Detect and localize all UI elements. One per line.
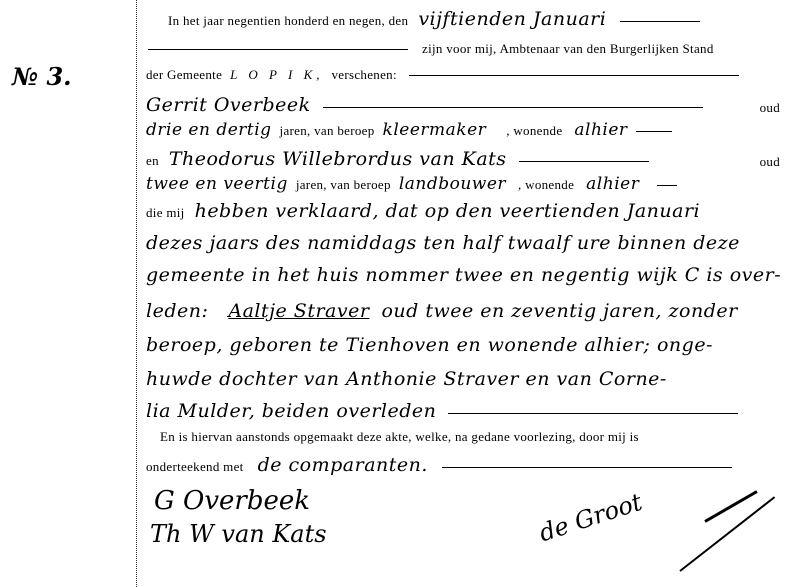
handwritten-text: dezes jaars des namiddags ten half twaal… <box>146 232 740 254</box>
printed-text: En is hiervan aanstonds opgemaakt deze a… <box>160 429 639 444</box>
line-date: In het jaar negentien honderd en negen, … <box>146 8 780 32</box>
handwritten-text: de comparanten. <box>258 454 428 476</box>
printed-text: der Gemeente <box>146 67 222 82</box>
line-witness-2: en Theodorus Willebrordus van Kats oud <box>146 148 780 172</box>
line-witness-2-details: twee en veertig jaren, van beroep landbo… <box>146 174 780 198</box>
handwritten-text: gemeente in het huis nommer twee en nege… <box>146 264 781 286</box>
handwritten-age: drie en dertig <box>146 120 272 140</box>
line-time: dezes jaars des namiddags ten half twaal… <box>146 232 780 256</box>
municipality-name: L O P I K, <box>230 67 323 82</box>
handwritten-witness-2-name: Theodorus Willebrordus van Kats <box>169 148 507 170</box>
fill-rule <box>519 161 649 162</box>
handwritten-text: oud twee en zeventig jaren, zonder <box>381 300 737 322</box>
handwritten-date: vijftienden Januari <box>418 8 606 30</box>
akte-number: № 3. <box>12 62 72 91</box>
fill-rule <box>657 185 677 186</box>
handwritten-residence: alhier <box>574 120 627 140</box>
fill-rule <box>442 467 732 468</box>
printed-text: , wonende <box>518 177 574 192</box>
line-witness-1: Gerrit Overbeek oud <box>146 94 780 118</box>
line-place: gemeente in het huis nommer twee en nege… <box>146 264 780 288</box>
printed-text: In het jaar negentien honderd en negen, … <box>168 13 408 28</box>
signature-flourish <box>704 490 757 523</box>
handwritten-residence: alhier <box>586 174 639 194</box>
handwritten-text: beroep, geboren te Tienhoven en wonende … <box>146 334 713 356</box>
handwritten-deceased-name: Aaltje Straver <box>228 300 369 322</box>
fill-rule <box>636 131 672 132</box>
printed-text: , wonende <box>506 123 562 138</box>
handwritten-text: huwde dochter van Anthonie Straver en va… <box>146 368 667 390</box>
signature-witness-1: G Overbeek <box>154 486 310 516</box>
printed-text: zijn voor mij, Ambtenaar van den Burgerl… <box>422 41 714 56</box>
printed-text: verschenen: <box>332 67 397 82</box>
handwritten-occupation: landbouwer <box>399 174 506 194</box>
margin-dotted-border <box>136 0 137 587</box>
printed-text: onderteekend met <box>146 459 244 474</box>
signature-official: de Groot <box>536 488 646 548</box>
handwritten-age: twee en veertig <box>146 174 288 194</box>
signature-witness-2: Th W van Kats <box>150 520 327 548</box>
line-deceased: leden: Aaltje Straver oud twee en zevent… <box>146 300 780 324</box>
line-parents-cont: lia Mulder, beiden overleden <box>146 400 780 424</box>
fill-rule <box>409 75 739 76</box>
printed-text: jaren, van beroep <box>280 123 375 138</box>
fill-rule <box>148 49 408 50</box>
printed-text: oud <box>760 154 780 170</box>
line-birthplace: beroep, geboren te Tienhoven en wonende … <box>146 334 780 358</box>
fill-rule <box>448 413 738 414</box>
printed-text: oud <box>760 100 780 116</box>
line-parents: huwde dochter van Anthonie Straver en va… <box>146 368 780 392</box>
handwritten-text: leden: <box>146 300 208 322</box>
line-witness-1-details: drie en dertig jaren, van beroep kleerma… <box>146 120 780 144</box>
line-declaration: die mij hebben verklaard, dat op den vee… <box>146 200 780 224</box>
line-ambtenaar: zijn voor mij, Ambtenaar van den Burgerl… <box>146 40 780 64</box>
fill-rule <box>323 107 703 108</box>
printed-text: en <box>146 153 159 168</box>
handwritten-text: hebben verklaard, dat op den veertienden… <box>195 200 701 222</box>
handwritten-occupation: kleermaker <box>383 120 487 140</box>
line-gemeente: der Gemeente L O P I K, verschenen: <box>146 66 780 90</box>
line-signed-with: onderteekend met de comparanten. <box>146 454 780 478</box>
line-closing: En is hiervan aanstonds opgemaakt deze a… <box>146 428 780 452</box>
fill-rule <box>620 21 700 22</box>
handwritten-witness-1-name: Gerrit Overbeek <box>146 94 311 116</box>
handwritten-text: lia Mulder, beiden overleden <box>146 400 436 422</box>
printed-text: die mij <box>146 205 185 220</box>
printed-text: jaren, van beroep <box>296 177 391 192</box>
